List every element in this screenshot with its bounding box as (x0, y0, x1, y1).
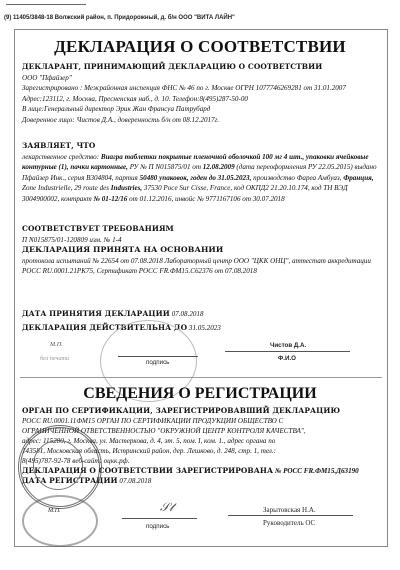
document-title: ДЕКЛАРАЦИЯ О СООТВЕТСТВИИ (0, 37, 400, 57)
basis-heading: ДЕКЛАРАЦИЯ ПРИНЯТА НА ОСНОВАНИИ (22, 245, 382, 256)
declarant-company: ООО "Пфайзер" (22, 73, 382, 84)
country: Франция, (343, 174, 373, 182)
registration-body-line-1: РОСС RU.0001.11ФМ15 ОРГАН ПО СЕРТИФИКАЦИ… (22, 416, 382, 426)
registration-title: СВЕДЕНИЯ О РЕГИСТРАЦИИ (0, 385, 400, 403)
registration-number: РУ № П N015875/01 от (130, 163, 203, 171)
declarant-name-label: Ф.И.О (278, 355, 296, 362)
declarant-section: ДЕКЛАРАНТ, ПРИНИМАЮЩИЙ ДЕКЛАРАЦИЮ О СООТ… (22, 62, 382, 126)
registration-date-value: 07.08.2018 (119, 477, 151, 485)
acceptance-date-value: 07.08.2018 (172, 310, 204, 318)
batch-info: 50480 упаковок, годен до 31.05.2023, (140, 174, 252, 182)
declarant-mp-label: М.П. (50, 341, 63, 348)
declarant-signature-line (118, 356, 198, 357)
dates-section: ДАТА ПРИНЯТИЯ ДЕКЛАРАЦИИ 07.08.2018 ДЕКЛ… (22, 307, 382, 335)
document-header-line: (9) 11405/3848-18 Волжский район, п. При… (4, 15, 235, 21)
registration-signature-label: подпись (146, 523, 169, 530)
contract-number: № 01-12/16 (93, 195, 127, 203)
manufacturer-address: Zone Industrielle, 29 route des (22, 184, 111, 192)
declarant-person: В лице:Генеральный директор Эрик Жан Фра… (22, 104, 382, 115)
validity-date-row: ДЕКЛАРАЦИЯ ДЕЙСТВИТЕЛЬНА ДО 31.05.2023 (22, 321, 382, 335)
manufacturer-address-bold: Industries, (111, 184, 142, 192)
declarant-registration: Зарегистрировано : Межрайонная инспекция… (22, 83, 382, 94)
registration-date: 12.08.2009 (203, 163, 235, 171)
invoice-info: от 01.12.2016, инвойс № 9771167106 от 30… (127, 195, 284, 203)
registration-heading: ОРГАН ПО СЕРТИФИКАЦИИ, ЗАРЕГИСТРИРОВАВШИ… (22, 406, 382, 416)
declarant-name-line (225, 351, 350, 352)
declarant-address: Адрес:123112, г. Москва, Пресненская наб… (22, 94, 382, 105)
registration-officer-position: Руководитель ОС (263, 519, 315, 527)
product-type: лекарственное средство: (22, 153, 101, 161)
registration-signature-scribble: 𝒮𝓉 (160, 500, 173, 515)
registered-number: № РОСС FR.ФМ15.Д63190 (275, 467, 359, 475)
conforms-heading: СООТВЕТСТВУЕТ ТРЕБОВАНИЯМ (22, 224, 382, 235)
declarant-name: Чистов Д.А. (270, 342, 306, 349)
product-description: лекарственное средство: Виагра таблетки … (22, 152, 382, 205)
declarant-trustee: Доверенное лицо: Чистов Д.А., довереннос… (22, 115, 382, 126)
registration-name-line (228, 515, 353, 516)
manufacturer: производство Фареа Амбуаз, (251, 174, 343, 182)
registration-mp-label: М.П. (48, 507, 61, 514)
declares-section: ЗАЯВЛЯЕТ, ЧТО лекарственное средство: Ви… (22, 141, 382, 205)
acceptance-date-label: ДАТА ПРИНЯТИЯ ДЕКЛАРАЦИИ (22, 309, 170, 318)
registration-signature-line (122, 518, 197, 519)
basis-text: протокола испытаний № 22654 от 07.08.201… (22, 256, 382, 277)
conforms-section: СООТВЕТСТВУЕТ ТРЕБОВАНИЯМ П N015875/01-1… (22, 224, 382, 277)
stamp-lower-partial (22, 495, 98, 547)
validity-date-value: 31.05.2023 (189, 324, 221, 332)
registration-officer-name: Зарытовская Н.А. (263, 506, 316, 514)
acceptance-date-row: ДАТА ПРИНЯТИЯ ДЕКЛАРАЦИИ 07.08.2018 (22, 307, 382, 321)
stamp-inner-ring (33, 440, 83, 490)
declarant-signature-label: подпись (146, 359, 169, 366)
declarant-stamp-placeholder: без печати (40, 355, 69, 362)
conforms-text: П N015875/01-120809 изм. № 1-4 (22, 235, 382, 246)
section-divider (20, 377, 382, 378)
declarant-heading: ДЕКЛАРАНТ, ПРИНИМАЮЩИЙ ДЕКЛАРАЦИЮ О СООТ… (22, 62, 382, 73)
scan-artifact-line (6, 4, 86, 5)
declares-heading: ЗАЯВЛЯЕТ, ЧТО (22, 141, 382, 152)
